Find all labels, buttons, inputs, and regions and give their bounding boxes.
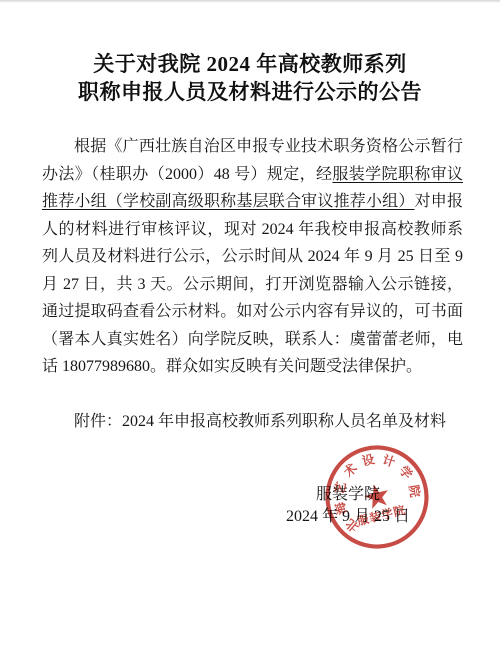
title-line-2: 职称申报人员及材料进行公示的公告: [0, 78, 500, 106]
attachment-line: 附件：2024 年申报高校教师系列职称人员名单及材料: [42, 408, 463, 436]
body-paragraph: 根据《广西壮族自治区申报专业技术职务资格公示暂行办法》（桂职办（2000）48 …: [42, 133, 463, 381]
body-text-rest: 对申报人的材料进行审核评议，现对 2024 年我校申报高校教师系列人员及材料进行…: [42, 193, 463, 375]
signature-block: 服装学院 2024 年 9 月 25 日: [272, 484, 424, 528]
svg-text:术: 术: [340, 460, 361, 481]
notice-title: 关于对我院 2024 年高校教师系列 职称申报人员及材料进行公示的公告: [0, 50, 500, 106]
signature-date: 2024 年 9 月 25 日: [272, 506, 424, 528]
title-line-1: 关于对我院 2024 年高校教师系列: [0, 50, 500, 78]
signature-department: 服装学院: [272, 484, 424, 506]
svg-text:学: 学: [396, 463, 416, 483]
scan-artifact-edge: [0, 0, 500, 3]
svg-text:设: 设: [361, 451, 377, 469]
notice-page: 关于对我院 2024 年高校教师系列 职称申报人员及材料进行公示的公告 根据《广…: [0, 0, 500, 672]
svg-text:计: 计: [381, 452, 398, 470]
notice-body: 根据《广西壮族自治区申报专业技术职务资格公示暂行办法》（桂职办（2000）48 …: [42, 133, 463, 435]
